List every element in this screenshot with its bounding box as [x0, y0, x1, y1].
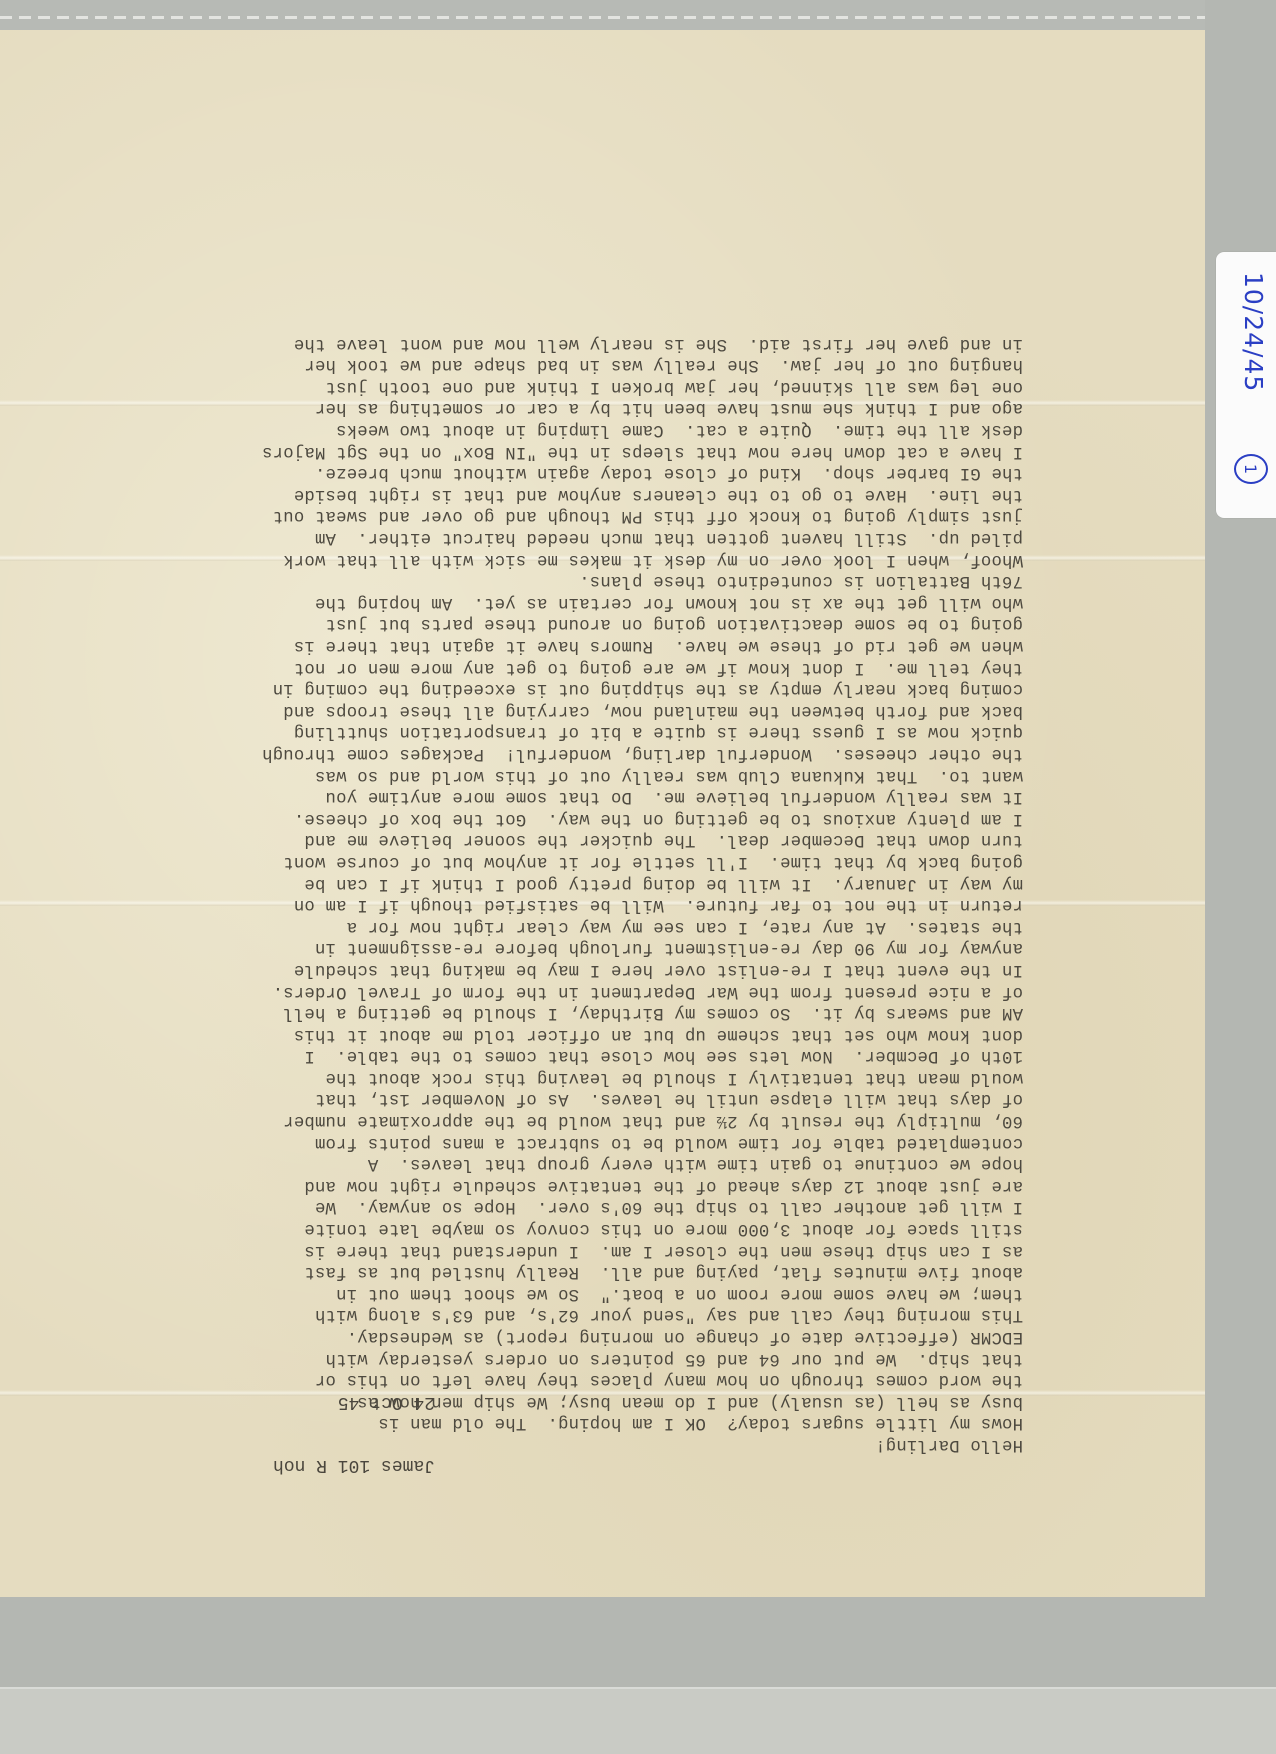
letter-line: who will get the ax is not known for cer…: [143, 591, 1023, 613]
letter-line: that ship. We put our 64 and 65 pointers…: [143, 1347, 1023, 1369]
letter-line: contemplated table for time would be to …: [143, 1131, 1023, 1153]
sender-line: James 101 R noh: [273, 1454, 435, 1475]
letter-line: going back by that time. I'll settle for…: [143, 850, 1023, 872]
letter-line: piled up. Still havent gotten that much …: [143, 526, 1023, 548]
letter-line: anyway for my 90 day re-enlistment furlo…: [143, 937, 1023, 959]
page-number-badge: 1: [1234, 454, 1268, 484]
letter-line: desk all the time. Quite a cat. Came lim…: [143, 419, 1023, 441]
letter-line: would mean that tentativly I should be l…: [143, 1066, 1023, 1088]
letter-line: Whoof, when I look over on my desk it ma…: [143, 548, 1023, 570]
letter-line: the word comes through on how many place…: [143, 1369, 1023, 1391]
letter-line: when we get rid of these we have. Rumors…: [143, 634, 1023, 656]
rotated-letter-sheet: James 101 R noh 24 Oct 45 Hello Darling!…: [0, 30, 1205, 1597]
letter-line: back and forth between the mainland now,…: [143, 699, 1023, 721]
letter-line: In the event that I re-enlist over here …: [143, 958, 1023, 980]
perforated-edge: [0, 16, 1276, 19]
letter-line: still space for about 3,000 more on this…: [143, 1217, 1023, 1239]
letter-line: hope we continue to gain time with every…: [143, 1153, 1023, 1175]
letter-line: they tell me. I dont know if we are goin…: [143, 656, 1023, 678]
letter-line: hanging out of her jaw. She really was i…: [143, 354, 1023, 376]
letter-page: James 101 R noh 24 Oct 45 Hello Darling!…: [0, 30, 1205, 1597]
letter-line: 76th Battalion is countedinto these plan…: [143, 570, 1023, 592]
letter-line: coming back nearly empty as the shipping…: [143, 678, 1023, 700]
letter-line: the other cheeses. Wonderful darling, wo…: [143, 742, 1023, 764]
letter-line: I will get another call to ship the 60's…: [143, 1196, 1023, 1218]
letter-line: 10th of Decmber. Now lets see how close …: [143, 1045, 1023, 1067]
letter-lines: Hows my little sugars today? OK I am hop…: [143, 332, 1023, 1433]
letter-line: of a nice present from the War Departmen…: [143, 980, 1023, 1002]
letter-body: Hello Darling! Hows my little sugars tod…: [143, 332, 1023, 1455]
letter-line: of days that will elapse until he leaves…: [143, 1088, 1023, 1110]
letter-line: are just about 12 days ahead of the tent…: [143, 1174, 1023, 1196]
archive-date: 10/24/45: [1228, 272, 1268, 392]
letter-line: quick now as I guess there is quite a bi…: [143, 721, 1023, 743]
scanner-bed-top: [0, 0, 1276, 30]
letter-line: the states. At any rate, I can see my wa…: [143, 915, 1023, 937]
letter-line: I am plenty anxious to be getting on the…: [143, 807, 1023, 829]
letter-line: AM and swears by it. So comes my Birthda…: [143, 1002, 1023, 1024]
letter-line: It was really wonderful believe me. Do t…: [143, 786, 1023, 808]
scanner-bed-bottom: [0, 1597, 1276, 1689]
letter-line: just simply going to knock off this PM t…: [143, 505, 1023, 527]
letter-line: I have a cat down here now that sleeps i…: [143, 440, 1023, 462]
letter-line: 60, multiply the result by 2½ and that w…: [143, 1110, 1023, 1132]
letter-line: busy as hell (as usualy) and I do mean b…: [143, 1390, 1023, 1412]
letter-line: return in the not to far future. Will be…: [143, 894, 1023, 916]
letter-line: as I can ship these men the closer I am.…: [143, 1239, 1023, 1261]
letter-line: want to. That Kukuana Club was really ou…: [143, 764, 1023, 786]
letter-line: about five minutes flat, paying and all.…: [143, 1261, 1023, 1283]
letter-line: the line. Have to go to the cleaners any…: [143, 483, 1023, 505]
letter-line: going to be some deactivation going on a…: [143, 613, 1023, 635]
letter-line: This morning they call and say "send you…: [143, 1304, 1023, 1326]
archive-label: 10/24/45 1: [1216, 252, 1276, 518]
letter-line: them; we have some more room on a boat."…: [143, 1282, 1023, 1304]
letter-line: dont know who set that scheme up but an …: [143, 1023, 1023, 1045]
letter-line: the GI barber shop. Kind of close today …: [143, 462, 1023, 484]
letter-line: my way in January. It will be doing pret…: [143, 872, 1023, 894]
salutation: Hello Darling!: [143, 1433, 1023, 1455]
letter-line: ago and I think she must have been hit b…: [143, 397, 1023, 419]
letter-line: EDCMR (effective date of change on morni…: [143, 1325, 1023, 1347]
letter-line: one leg was all skinned, her jaw broken …: [143, 375, 1023, 397]
letter-line: in and gave her first aid. She is nearly…: [143, 332, 1023, 354]
letter-line: turn down that December deal. The quicke…: [143, 829, 1023, 851]
letter-line: Hows my little sugars today? OK I am hop…: [143, 1412, 1023, 1434]
